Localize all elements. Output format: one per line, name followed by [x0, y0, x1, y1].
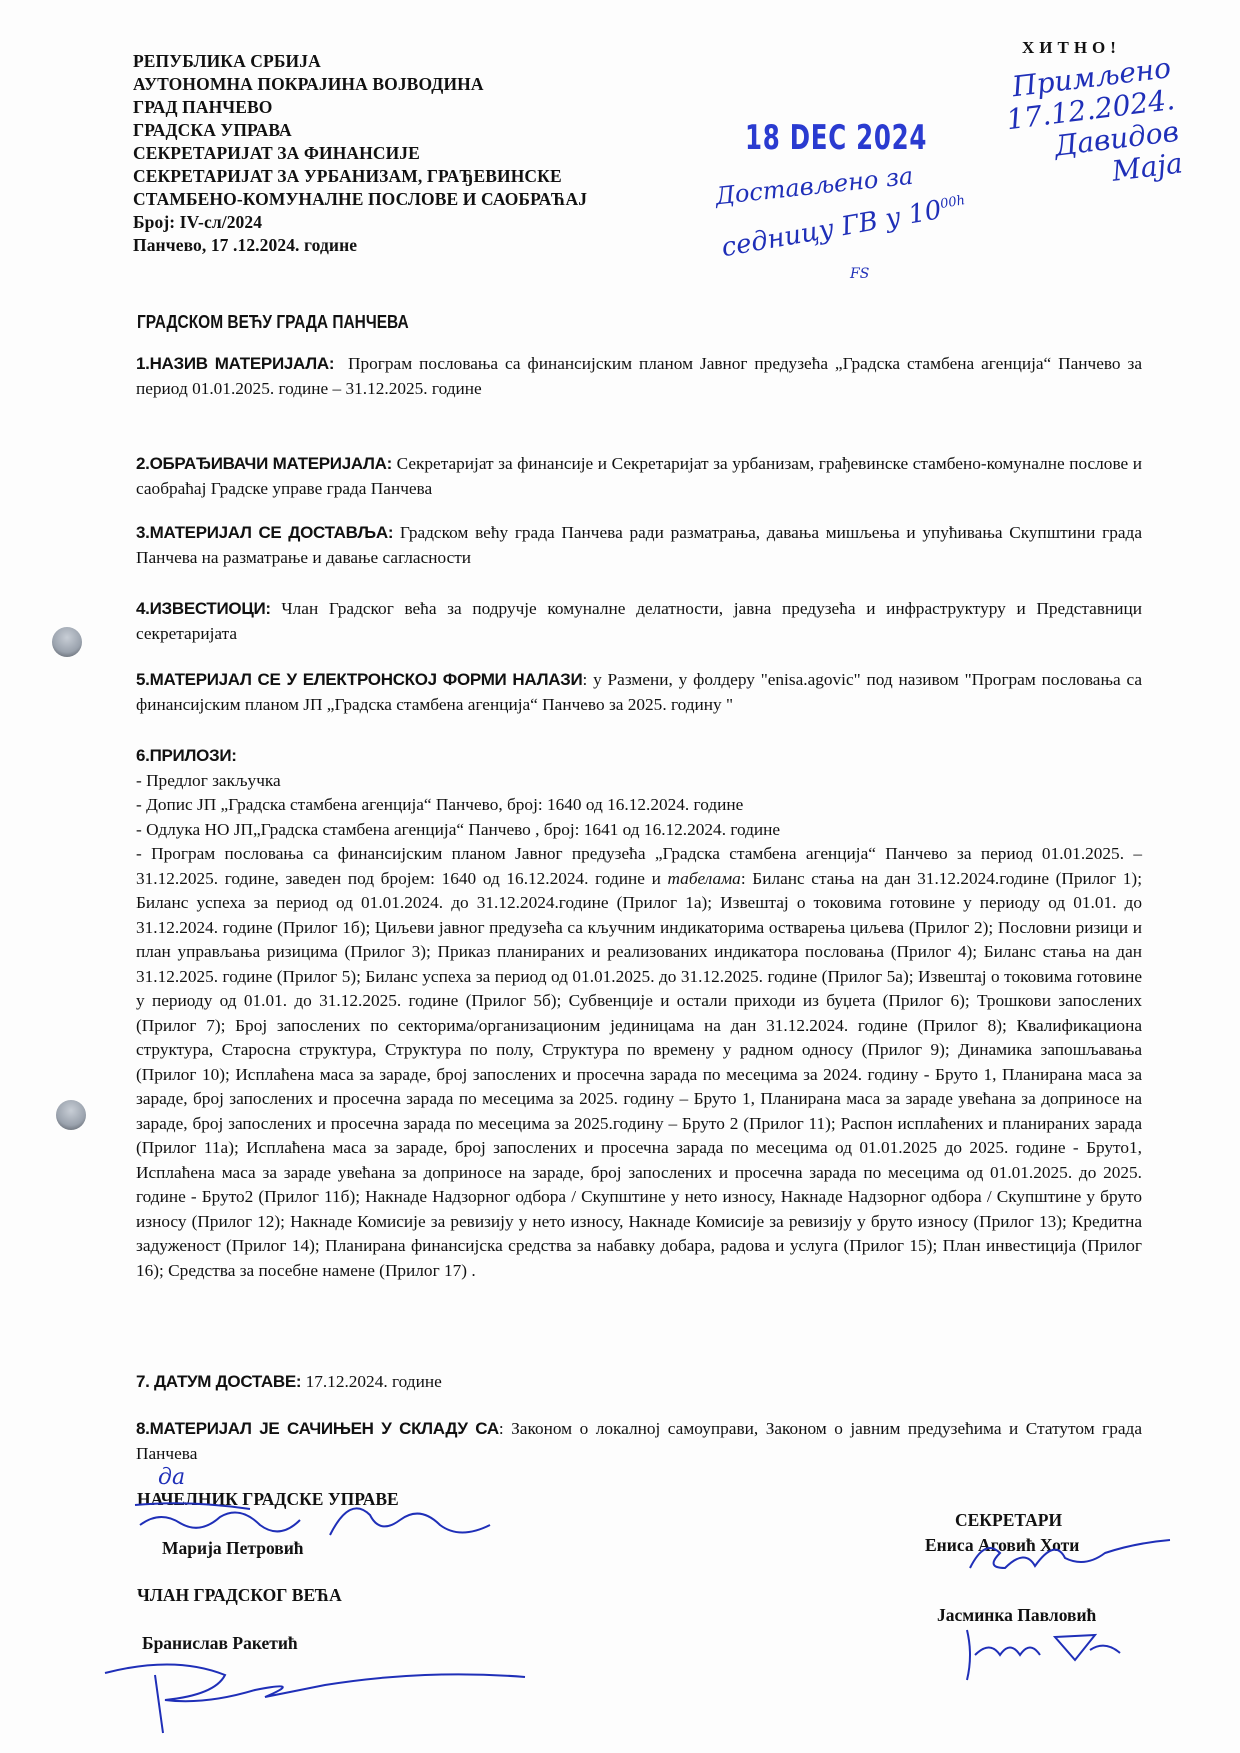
- document-date: Панчево, 17 .12.2024. године: [133, 234, 587, 257]
- signature-council: [95, 1655, 535, 1735]
- letterhead-line: РЕПУБЛИКА СРБИЈА: [133, 50, 587, 73]
- section-label: 5.МАТЕРИЈАЛ СЕ У ЕЛЕКТРОНСКОЈ ФОРМИ НАЛА…: [136, 670, 582, 689]
- received-date-stamp: 18 DEC 2024: [745, 118, 927, 158]
- addressee: ГРАДСКОМ ВЕЋУ ГРАДА ПАНЧЕВА: [137, 312, 409, 333]
- signature-secretary1: [965, 1528, 1175, 1578]
- section-attachments: 6.ПРИЛОЗИ: - Предлог закључка - Допис ЈП…: [136, 744, 1142, 1283]
- section-label: 4.ИЗВЕСТИОЦИ:: [136, 599, 271, 618]
- signature-secretary2: [955, 1625, 1135, 1685]
- signatory-name-secretary2: Јасминка Павловић: [937, 1605, 1096, 1626]
- document-number: Број: IV-сл/2024: [133, 211, 587, 234]
- section-submitted-to: 3.МАТЕРИЈАЛ СЕ ДОСТАВЉА: Градском већу г…: [136, 521, 1142, 570]
- attachment-item: - Одлука НО ЈП„Градска стамбена агенција…: [136, 818, 1142, 843]
- section-label: 1.НАЗИВ МАТЕРИЈАЛА:: [136, 354, 334, 373]
- section-electronic-location: 5.МАТЕРИЈАЛ СЕ У ЕЛЕКТРОНСКОЈ ФОРМИ НАЛА…: [136, 668, 1142, 717]
- signature-head: [130, 1495, 510, 1555]
- section-label: 8.МАТЕРИЈАЛ ЈЕ САЧИЊЕН У СКЛАДУ СА: [136, 1419, 499, 1438]
- punch-hole: [52, 627, 82, 657]
- signatory-name-council: Бранислав Ракетић: [142, 1633, 298, 1654]
- section-label: 7. ДАТУМ ДОСТАВЕ:: [136, 1372, 301, 1391]
- urgent-label: ХИТНО!: [1022, 38, 1121, 58]
- punch-hole: [56, 1100, 86, 1130]
- section-text: 17.12.2024. године: [301, 1372, 442, 1391]
- letterhead-line: АУТОНОМНА ПОКРАЈИНА ВОЈВОДИНА: [133, 73, 587, 96]
- section-text: Члан Градског већа за подручје комуналне…: [136, 599, 1142, 643]
- document-page: РЕПУБЛИКА СРБИЈА АУТОНОМНА ПОКРАЈИНА ВОЈ…: [0, 0, 1240, 1753]
- attachment-item: - Предлог закључка: [136, 769, 1142, 794]
- section-prepared-by: 2.ОБРАЂИВАЧИ МАТЕРИЈАЛА: Секретаријат за…: [136, 452, 1142, 501]
- section-label: 3.МАТЕРИЈАЛ СЕ ДОСТАВЉА:: [136, 523, 393, 542]
- section-material-title: 1.НАЗИВ МАТЕРИЈАЛА: Програм пословања са…: [136, 352, 1142, 401]
- letterhead-line: СЕКРЕТАРИЈАТ ЗА ФИНАНСИЈЕ: [133, 142, 587, 165]
- letterhead-line: ГРАД ПАНЧЕВО: [133, 96, 587, 119]
- handwritten-received-note: Примљено 17.12.2024. Давидов Маја: [1001, 52, 1185, 200]
- section-label: 6.ПРИЛОЗИ:: [136, 744, 1142, 769]
- letterhead: РЕПУБЛИКА СРБИЈА АУТОНОМНА ПОКРАЈИНА ВОЈ…: [133, 50, 587, 257]
- attachment-program: - Програм пословања са финансијским план…: [136, 842, 1142, 1283]
- section-compliance: 8.МАТЕРИЈАЛ ЈЕ САЧИЊЕН У СКЛАДУ СА: Зако…: [136, 1417, 1142, 1466]
- section-rapporteurs: 4.ИЗВЕСТИОЦИ: Члан Градског већа за подр…: [136, 597, 1142, 646]
- section-delivery-date: 7. ДАТУМ ДОСТАВЕ: 17.12.2024. године: [136, 1370, 1142, 1395]
- section-label: 2.ОБРАЂИВАЧИ МАТЕРИЈАЛА:: [136, 454, 392, 473]
- handwritten-note-line1: Достављено за: [714, 162, 914, 211]
- attachment-item: - Допис ЈП „Градска стамбена агенција“ П…: [136, 793, 1142, 818]
- letterhead-line: СТАМБЕНО-КОМУНАЛНЕ ПОСЛОВЕ И САОБРАЋАЈ: [133, 188, 587, 211]
- letterhead-line: СЕКРЕТАРИЈАТ ЗА УРБАНИЗАМ, ГРАЂЕВИНСКЕ: [133, 165, 587, 188]
- letterhead-line: ГРАДСКА УПРАВА: [133, 119, 587, 142]
- signatory-title-council: ЧЛАН ГРАДСКОГ ВЕЋА: [137, 1585, 342, 1606]
- handwritten-initials: FS: [850, 266, 869, 282]
- handwritten-initials-left: дa: [158, 1465, 185, 1490]
